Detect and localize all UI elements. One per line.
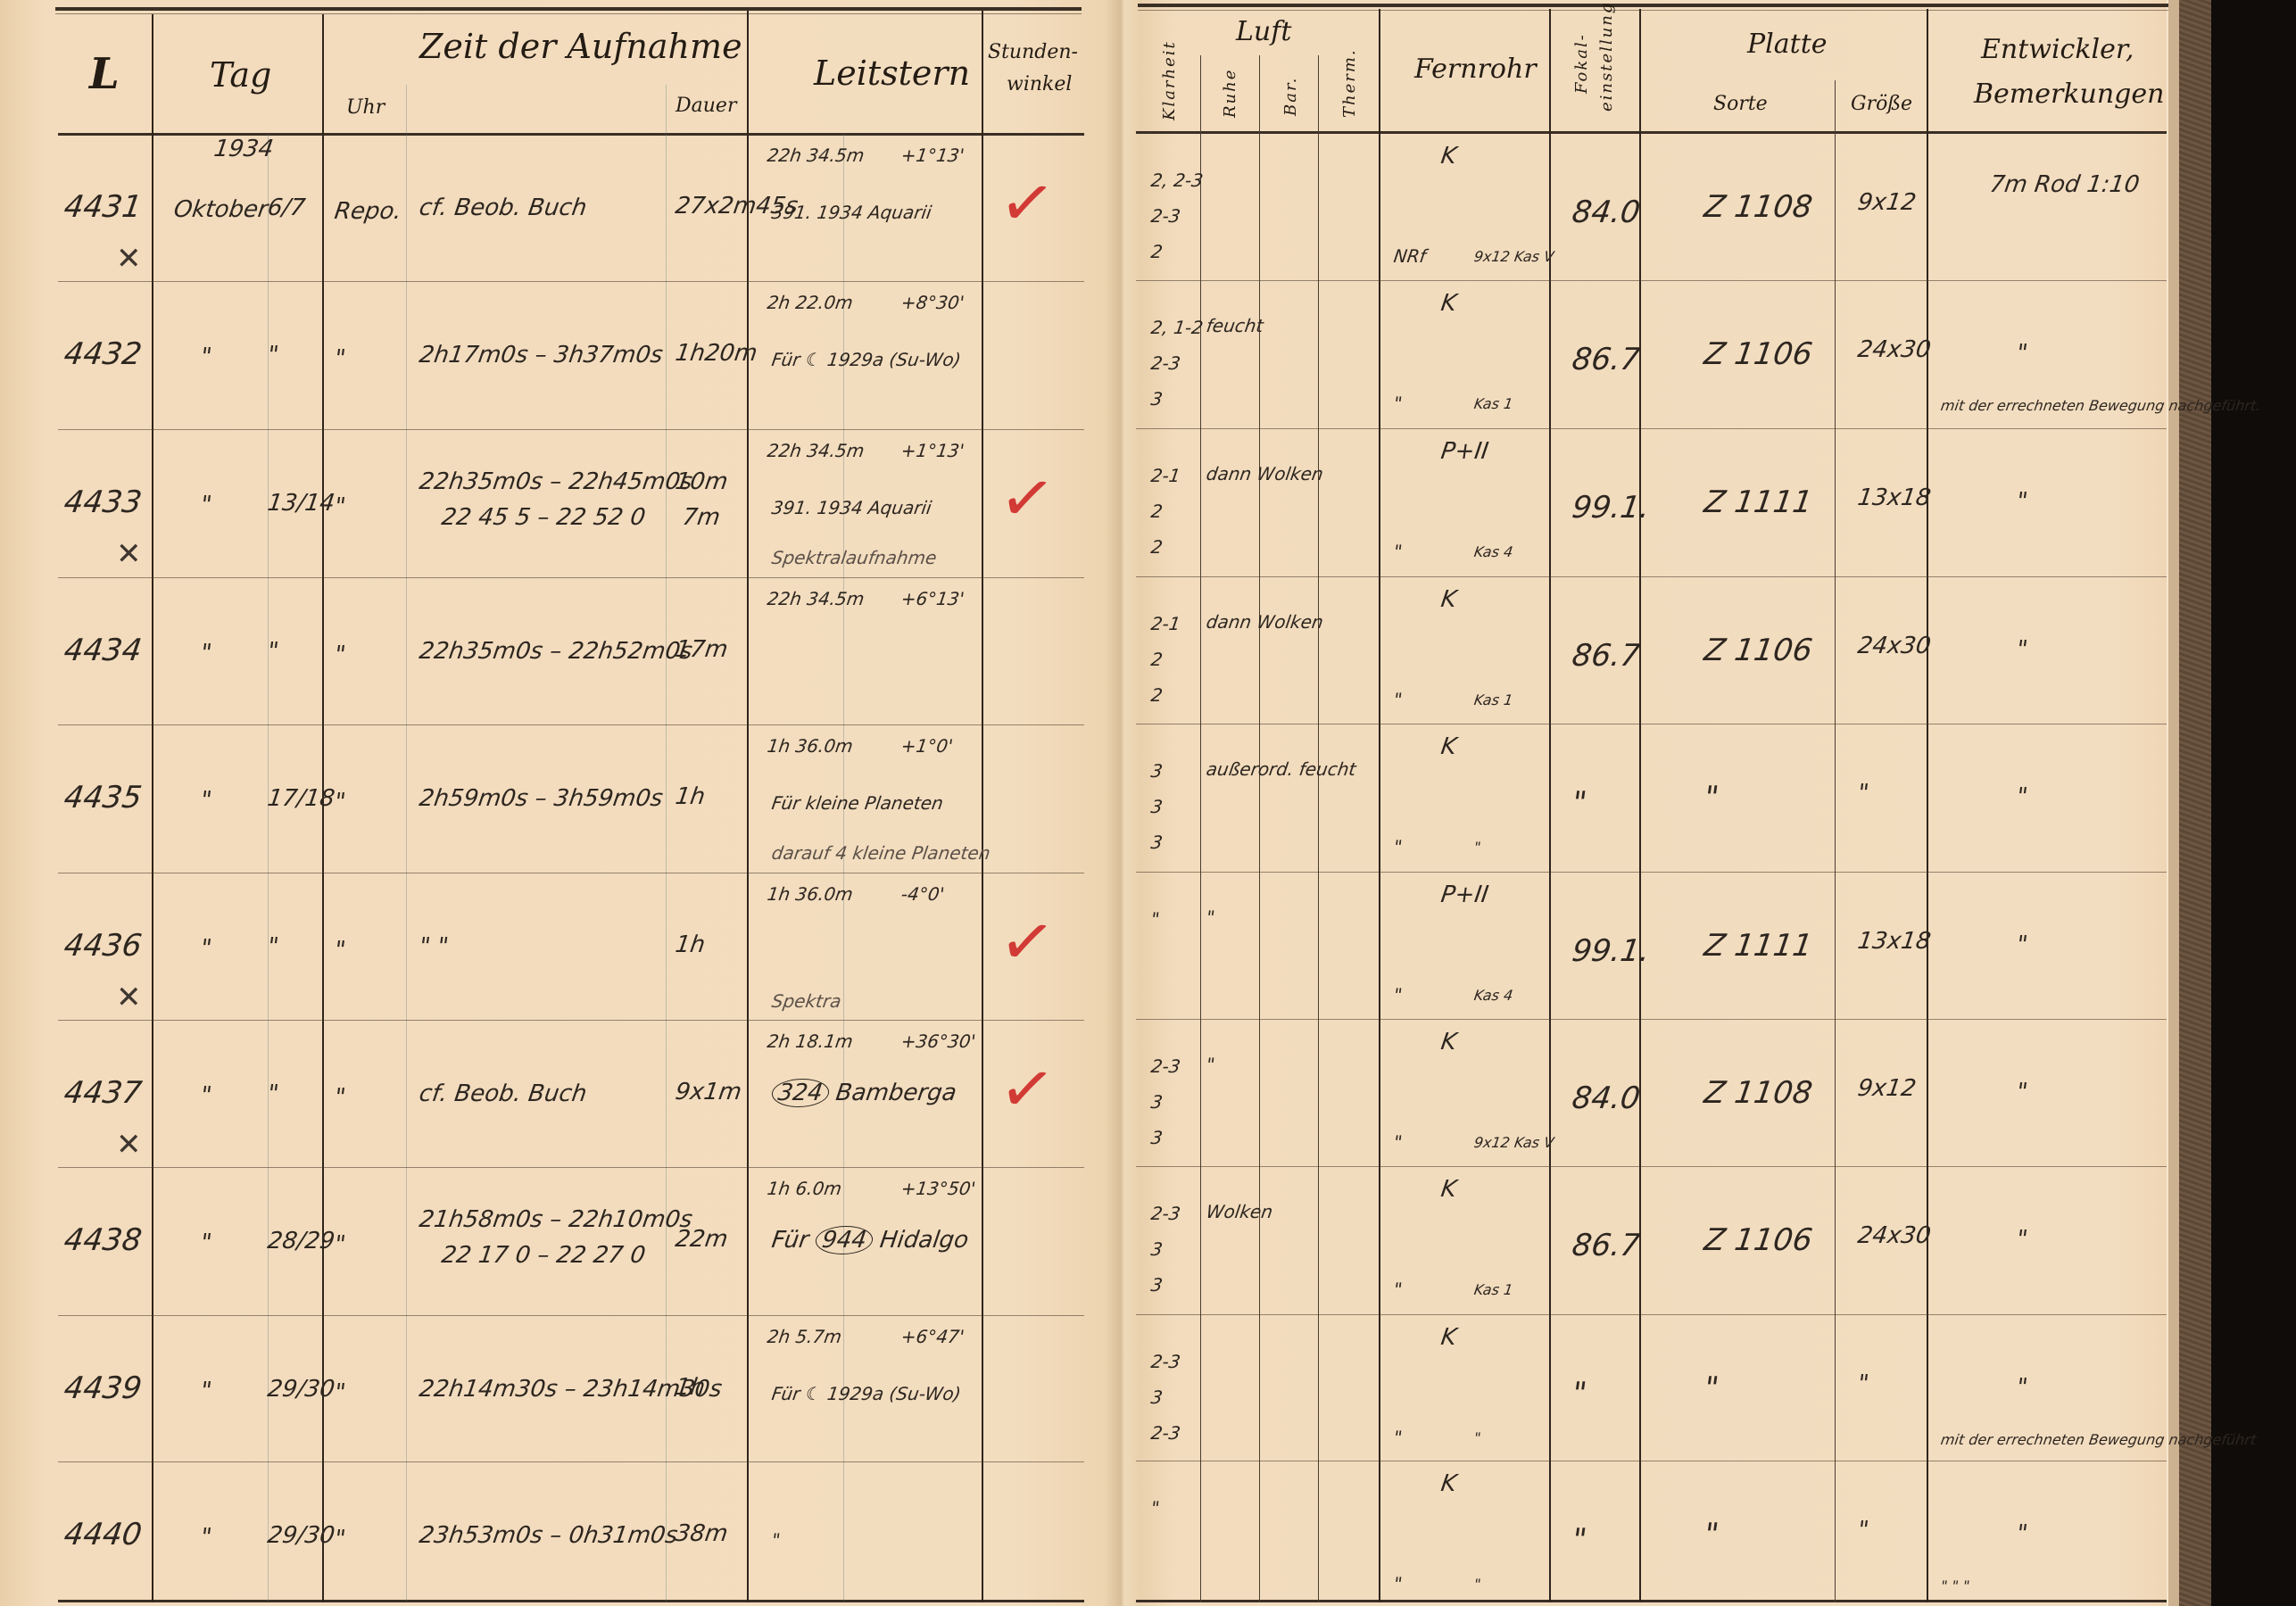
- leitstern-ra: 22h 34.5m: [766, 440, 866, 461]
- left-row-rule: [58, 281, 1084, 282]
- header-fokal-2: einstellung: [1597, 2, 1616, 112]
- leitstern-ra: 1h 36.0m: [766, 735, 854, 757]
- platte-sorte: Z 1106: [1702, 633, 1814, 668]
- left-row-rule: [58, 1020, 1084, 1021]
- zeit-range: 23h53m0s – 0h31m0s: [418, 1522, 679, 1549]
- col-line-ruhe: [1259, 55, 1260, 1602]
- right-row-rule: [1136, 1461, 2167, 1461]
- entry-number: 4433: [62, 484, 144, 520]
- platte-sorte: Z 1108: [1702, 1075, 1814, 1111]
- right-row-rule: [1136, 576, 2167, 577]
- leitstern-note: 391. 1934 Aquarii: [770, 202, 932, 223]
- klarheit-value: 2-3: [1149, 352, 1181, 374]
- header-groesse: Größe: [1851, 93, 1912, 115]
- right-header-rule: [1136, 131, 2167, 134]
- header-luft: Luft: [1236, 16, 1291, 47]
- leitstern-ra: 2h 22.0m: [766, 292, 854, 313]
- platte-sorte: Z 1111: [1702, 928, 1814, 964]
- zeit-range: 21h58m0s – 22h10m0s: [418, 1206, 694, 1233]
- fernrohr-kassette: 9x12 Kas V: [1473, 1134, 1555, 1151]
- right-row-rule: [1136, 1019, 2167, 1020]
- leitstern-object: Für 944 Hidalgo: [770, 1226, 971, 1254]
- fokal-value: 99.1.: [1570, 933, 1652, 969]
- header-dauer: Dauer: [676, 95, 736, 117]
- bemerkung-2: mit der errechneten Bewegung nachgeführt…: [1940, 397, 2262, 414]
- leitstern-dec: +36°30': [899, 1031, 977, 1052]
- header-entwickler: Entwickler,: [1981, 34, 2134, 65]
- fernrohr-kassette: Kas 4: [1473, 987, 1514, 1004]
- leitstern-dec: +1°13': [899, 145, 966, 166]
- header-bar: Bar.: [1281, 77, 1300, 116]
- leitstern-dec: +6°47': [899, 1326, 966, 1347]
- ruhe-note: feucht: [1205, 315, 1264, 336]
- col-line-stundenwinkel: [982, 11, 983, 1602]
- year-label: 1934: [212, 136, 275, 162]
- header-klarheit: Klarheit: [1160, 40, 1179, 120]
- leitstern-dec: +1°0': [899, 735, 954, 757]
- x-mark: ✕: [116, 536, 142, 572]
- klarheit-value: 2-3: [1149, 205, 1181, 227]
- entry-number: 4436: [62, 928, 144, 964]
- minor-planet-number: 324: [770, 1079, 831, 1107]
- right-row-rule: [1136, 280, 2167, 281]
- header-fernrohr: Fernrohr: [1414, 54, 1537, 85]
- fernrohr-kassette: Kas 1: [1473, 691, 1514, 708]
- platte-sorte: Z 1106: [1702, 1222, 1814, 1258]
- col-line-bar: [1318, 55, 1319, 1602]
- fernrohr-kassette: Kas 1: [1473, 395, 1514, 412]
- ruhe-note: außerord. feucht: [1205, 758, 1357, 780]
- x-mark: ✕: [116, 241, 142, 277]
- entry-number: 4435: [62, 780, 144, 815]
- entry-number: 4439: [62, 1370, 144, 1406]
- col-line-fokal: [1639, 9, 1641, 1602]
- leitstern-object: 324 Bamberga: [770, 1079, 958, 1107]
- zeit-range: 22h35m0s – 22h52m0s: [418, 638, 694, 665]
- leitstern-note: Für ☾ 1929a (Su-Wo): [770, 349, 962, 370]
- header-tag: Tag: [210, 55, 271, 95]
- dauer-value: 1h: [674, 931, 707, 958]
- platte-groesse: 9x12: [1856, 1075, 1918, 1102]
- fokal-value: 86.7: [1570, 342, 1642, 377]
- zeit-range: 2h59m0s – 3h59m0s: [418, 785, 665, 812]
- dauer-value: 22m: [674, 1226, 730, 1253]
- leitstern-ra: 2h 18.1m: [766, 1031, 854, 1052]
- left-bottom-rule: [58, 1600, 1084, 1602]
- klarheit-value: 2-1: [1149, 465, 1181, 486]
- right-top-rule-2: [1138, 10, 2168, 11]
- leitstern-ra: 22h 34.5m: [766, 145, 866, 166]
- header-L: L: [89, 49, 120, 99]
- leitstern-note-2: Spektra: [770, 990, 842, 1012]
- left-row-rule: [58, 724, 1084, 725]
- tag-day: 6/7: [266, 195, 307, 221]
- book-cover: [2211, 0, 2296, 1606]
- leitstern-ra: 1h 6.0m: [766, 1178, 842, 1199]
- leitstern-note: Für ☾ 1929a (Su-Wo): [770, 1383, 962, 1404]
- fokal-value: 86.7: [1570, 1228, 1642, 1263]
- right-bottom-rule: [1136, 1600, 2167, 1602]
- leitstern-note: Für kleine Planeten: [770, 792, 944, 814]
- leitstern-dec: +1°13': [899, 440, 966, 461]
- leitstern-prefix: Für: [770, 1227, 810, 1254]
- fernrohr-top: P+II: [1439, 882, 1490, 908]
- right-page: [1123, 0, 2167, 1606]
- right-row-rule: [1136, 1314, 2167, 1315]
- x-mark: ✕: [116, 980, 142, 1015]
- book-gutter: [1105, 0, 1140, 1606]
- bemerkung: 7m Rod 1:10: [1988, 171, 2141, 198]
- col-line-sorte: [1835, 80, 1836, 1602]
- header-sorte: Sorte: [1713, 93, 1768, 115]
- klarheit-value: 2-3: [1149, 1055, 1181, 1077]
- uhr-value: Repo.: [333, 198, 403, 225]
- fokal-value: 84.0: [1570, 195, 1642, 230]
- left-header-rule: [58, 133, 1084, 136]
- col-line-L: [152, 14, 153, 1602]
- zeit-range-2: 22 45 5 – 22 52 0: [440, 504, 647, 531]
- fernrohr-top: P+II: [1439, 438, 1490, 465]
- leitstern-dec: +13°50': [899, 1178, 977, 1199]
- zeit-range: 22h35m0s – 22h45m0s: [418, 468, 694, 495]
- fernrohr-kassette: Kas 4: [1473, 543, 1514, 560]
- red-checkmark: ✓: [994, 457, 1059, 541]
- platte-sorte: Z 1106: [1702, 336, 1814, 372]
- dauer-value: 1h: [674, 1374, 707, 1401]
- left-row-rule: [58, 1315, 1084, 1316]
- zeit-range: cf. Beob. Buch: [418, 1080, 589, 1107]
- left-row-rule: [58, 873, 1084, 873]
- platte-groesse: 9x12: [1856, 189, 1918, 216]
- ruhe-note: dann Wolken: [1205, 611, 1324, 633]
- klarheit-value: 2-3: [1149, 1351, 1181, 1372]
- tag-month: Oktober: [172, 196, 269, 223]
- fokal-value: 86.7: [1570, 638, 1642, 674]
- red-checkmark: ✓: [994, 900, 1059, 984]
- entry-number: 4432: [62, 336, 144, 372]
- dauer-value-2: 7m: [681, 504, 722, 531]
- tag-day: 13/14: [266, 490, 336, 517]
- right-row-rule: [1136, 1166, 2167, 1167]
- platte-groesse: 24x30: [1856, 1222, 1933, 1249]
- header-stundenwinkel-1: Stunden-: [988, 41, 1078, 63]
- leitstern-ra: 1h 36.0m: [766, 883, 854, 905]
- red-checkmark: ✓: [994, 161, 1059, 245]
- klarheit-value: 2-3: [1149, 1203, 1181, 1224]
- klarheit-value: 2-1: [1149, 613, 1181, 634]
- entry-number: 4437: [62, 1075, 144, 1111]
- col-line-dauer: [666, 85, 667, 1602]
- leitstern-note-2: Spektralaufnahme: [770, 547, 938, 568]
- ruhe-note: Wolken: [1205, 1201, 1274, 1222]
- left-row-rule: [58, 1167, 1084, 1168]
- minor-planet-number: 944: [814, 1226, 874, 1254]
- header-leitstern: Leitstern: [814, 54, 970, 93]
- header-platte: Platte: [1747, 29, 1828, 60]
- leitstern-note: 391. 1934 Aquarii: [770, 497, 932, 518]
- bemerkung-2: " " ": [1940, 1577, 1971, 1594]
- leitstern-ra: 22h 34.5m: [766, 588, 866, 609]
- header-fokal-1: Fokal-: [1572, 33, 1591, 94]
- col-line-platte: [1927, 9, 1928, 1602]
- entry-number: 4431: [62, 189, 144, 225]
- dauer-value: 17m: [674, 636, 730, 663]
- platte-groesse: 13x18: [1856, 484, 1933, 511]
- minor-planet-name: Hidalgo: [878, 1227, 970, 1254]
- platte-groesse: 24x30: [1856, 633, 1933, 659]
- platte-sorte: Z 1108: [1702, 189, 1814, 225]
- right-row-rule: [1136, 724, 2167, 724]
- dauer-value: 1h20m: [674, 340, 759, 367]
- fernrohr-kassette: 9x12 Kas V: [1473, 248, 1555, 265]
- platte-groesse: 13x18: [1856, 928, 1933, 955]
- col-line-uhr: [406, 85, 407, 1602]
- left-row-rule: [58, 577, 1084, 578]
- tag-day: 17/18: [266, 785, 336, 812]
- zeit-range: " ": [418, 933, 450, 960]
- right-top-rule: [1138, 4, 2168, 7]
- col-line-leitstern: [747, 11, 749, 1602]
- platte-groesse: 24x30: [1856, 336, 1933, 363]
- entry-number: 4440: [62, 1517, 144, 1552]
- header-bemerkungen: Bemerkungen: [1974, 79, 2164, 110]
- header-ruhe: Ruhe: [1221, 69, 1239, 118]
- leitstern-dec: -4°0': [899, 883, 946, 905]
- fernrohr-kassette: Kas 1: [1473, 1281, 1514, 1298]
- ruhe-note: dann Wolken: [1205, 463, 1324, 484]
- left-row-rule: [58, 429, 1084, 430]
- leitstern-dec: +8°30': [899, 292, 966, 313]
- right-row-rule: [1136, 428, 2167, 429]
- dauer-value: 10m: [674, 468, 730, 495]
- zeit-range: 2h17m0s – 3h37m0s: [418, 342, 665, 368]
- bemerkung-2: mit der errechneten Bewegung nachgeführt: [1940, 1431, 2258, 1448]
- x-mark: ✕: [116, 1127, 142, 1163]
- dauer-value: 38m: [674, 1520, 730, 1547]
- tag-day: 29/30: [266, 1376, 336, 1403]
- book-spine: [2179, 0, 2211, 1606]
- col-line-luft: [1379, 9, 1380, 1602]
- header-uhr: Uhr: [346, 96, 385, 119]
- klarheit-value: 2, 2-3: [1149, 170, 1204, 191]
- header-zeit-der-aufnahme: Zeit der Aufnahme: [419, 27, 742, 66]
- entry-number: 4434: [62, 633, 144, 668]
- entry-number: 4438: [62, 1222, 144, 1258]
- fernrohr-bottom: NRf: [1392, 245, 1427, 267]
- tag-day: 29/30: [266, 1522, 336, 1549]
- leitstern-ra: 2h 5.7m: [766, 1326, 842, 1347]
- minor-planet-name: Bamberga: [834, 1080, 958, 1106]
- dauer-value: 9x1m: [674, 1079, 743, 1105]
- zeit-range-2: 22 17 0 – 22 27 0: [440, 1242, 647, 1269]
- fokal-value: 84.0: [1570, 1080, 1642, 1116]
- leitstern-note-2: darauf 4 kleine Planeten: [770, 842, 991, 864]
- right-row-rule: [1136, 872, 2167, 873]
- platte-sorte: Z 1111: [1702, 484, 1814, 520]
- left-top-rule-2: [55, 13, 1082, 14]
- header-therm: Therm.: [1340, 48, 1359, 118]
- header-stundenwinkel-2: winkel: [1007, 73, 1072, 95]
- tag-day: 28/29: [266, 1228, 336, 1254]
- left-row-rule: [58, 1461, 1084, 1462]
- col-line-klarheit: [1200, 55, 1201, 1602]
- fokal-value: 99.1.: [1570, 490, 1652, 526]
- zeit-range: cf. Beob. Buch: [418, 195, 589, 221]
- left-top-rule: [55, 7, 1082, 11]
- red-checkmark: ✓: [994, 1047, 1059, 1131]
- klarheit-value: 2, 1-2: [1149, 317, 1204, 338]
- dauer-value: 1h: [674, 783, 707, 810]
- leitstern-dec: +6°13': [899, 588, 966, 609]
- klarheit-value: 2-3: [1149, 1422, 1181, 1444]
